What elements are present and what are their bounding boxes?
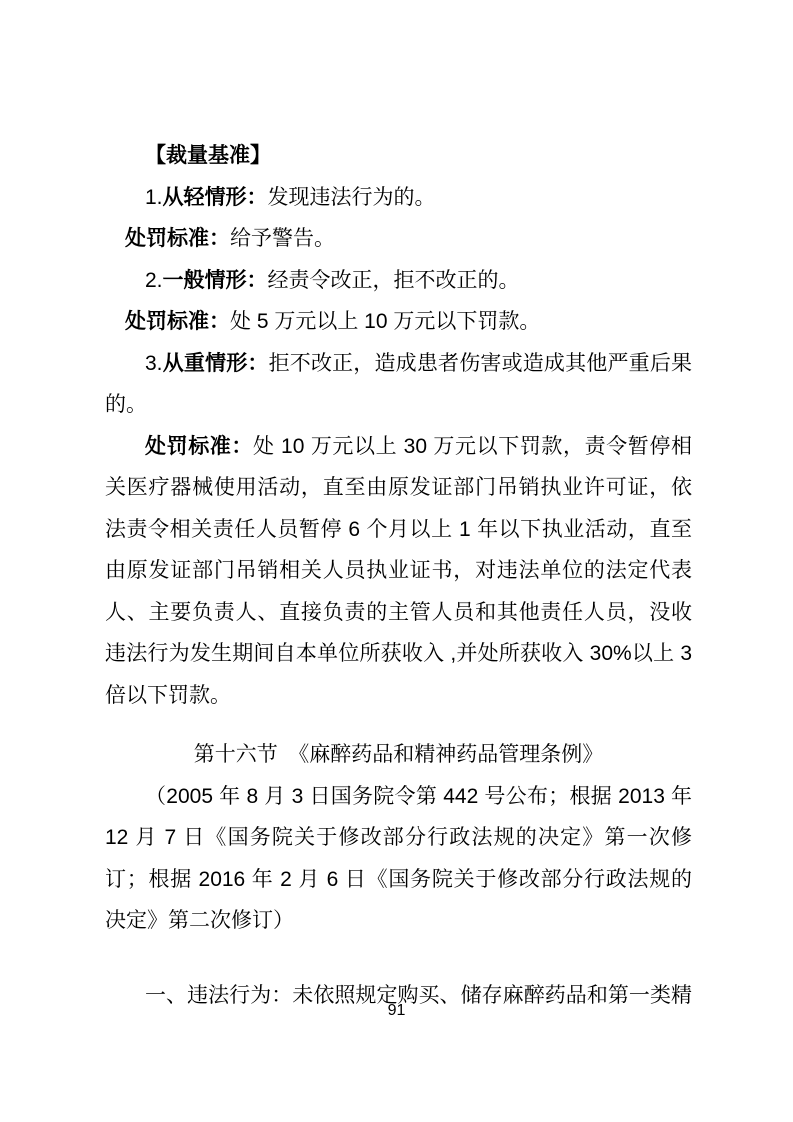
entry-number: 3. (145, 352, 163, 375)
penalty-standard-paragraph: 处罚标准：处 10 万元以上 30 万元以下罚款，责令暂停相关医疗器械使用活动，… (105, 426, 692, 717)
document-body: 【裁量基准】 1.从轻情形：发现违法行为的。 处罚标准：给予警告。 2.一般情形… (105, 135, 692, 1016)
entry-label: 从轻情形： (163, 186, 268, 209)
entry-text: 经责令改正，拒不改正的。 (268, 269, 520, 292)
entry-label: 处罚标准： (125, 227, 230, 250)
entry-text: 给予警告。 (230, 227, 335, 250)
entry-text: 处 10 万元以上 30 万元以下罚款，责令暂停相关医疗器械使用活动，直至由原发… (105, 435, 692, 707)
general-circumstance-paragraph: 2.一般情形：经责令改正，拒不改正的。 (105, 260, 692, 302)
document-page: 【裁量基准】 1.从轻情形：发现违法行为的。 处罚标准：给予警告。 2.一般情形… (0, 0, 793, 1122)
section-title: 第十六节 《麻醉药品和精神药品管理条例》 (105, 734, 692, 776)
publication-note: （2005 年 8 月 3 日国务院令第 442 号公布；根据 2013 年 1… (105, 776, 692, 942)
benchmark-heading: 【裁量基准】 (105, 135, 692, 177)
entry-text: 处 5 万元以上 10 万元以下罚款。 (230, 310, 540, 333)
penalty-standard-paragraph: 处罚标准：处 5 万元以上 10 万元以下罚款。 (105, 301, 692, 343)
page-number: 91 (0, 999, 793, 1023)
entry-text: 发现违法行为的。 (268, 186, 436, 209)
entry-label: 处罚标准： (125, 310, 230, 333)
entry-label: 处罚标准： (145, 435, 253, 458)
aggravating-circumstance-paragraph: 3.从重情形：拒不改正，造成患者伤害或造成其他严重后果的。 (105, 343, 692, 426)
penalty-standard-paragraph: 处罚标准：给予警告。 (105, 218, 692, 260)
entry-label: 一般情形： (163, 269, 268, 292)
mitigating-circumstance-paragraph: 1.从轻情形：发现违法行为的。 (105, 177, 692, 219)
entry-label: 从重情形： (163, 352, 269, 375)
entry-number: 1. (145, 186, 163, 209)
entry-number: 2. (145, 269, 163, 292)
